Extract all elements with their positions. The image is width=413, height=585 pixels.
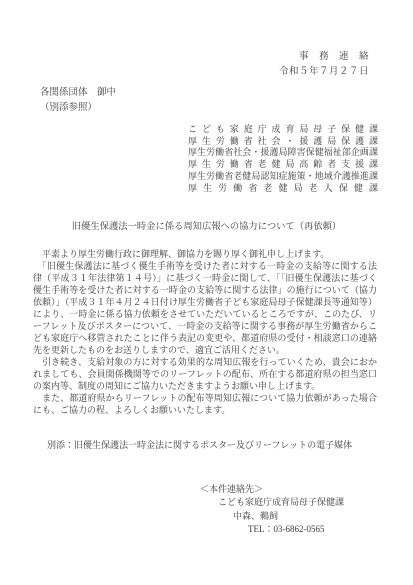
addressee-note: （別添参照）	[40, 101, 116, 116]
contact-heading: ＜本件連絡先＞	[200, 483, 344, 496]
document-body: 平素より厚生労働行政に御理解、御協力を賜り厚く御礼申し上げます。 「旧優生保護法…	[33, 248, 377, 416]
document-page: 事 務 連 絡 令和５年７月２７日 各関係団体 御中 （別添参照） こども家庭庁…	[0, 0, 413, 585]
sender-org: 厚生労働省社会・援護局保護課	[188, 136, 378, 148]
document-header: 事 務 連 絡 令和５年７月２７日	[279, 50, 369, 80]
doc-type-label: 事 務 連 絡	[279, 50, 369, 65]
body-paragraph: 「旧優生保護法に基づく優生手術等を受けた者に対する一時金の支給等に関する法律（平…	[33, 260, 377, 356]
body-paragraph: 引き続き、支給対象の方に対する効果的な周知広報を行っていくため、貴会におかれまし…	[33, 356, 377, 392]
sender-organizations: こども家庭庁成育局母子保健課 厚生労働省社会・援護局保護課 厚生労働省社会・援護…	[188, 124, 378, 194]
contact-block: ＜本件連絡先＞ こども家庭庁成育局母子保健課 中森、鵜飼 TEL：03-6862…	[200, 483, 344, 537]
contact-department: こども家庭庁成育局母子保健課	[200, 496, 344, 509]
body-paragraph: 平素より厚生労働行政に御理解、御協力を賜り厚く御礼申し上げます。	[33, 248, 377, 260]
body-paragraph: また、都道府県からリーフレットの配布等周知広報について協力依頼があった場合にも、…	[33, 392, 377, 416]
sender-org: 厚生労働省社会・援護局障害保健福祉部企画課	[188, 147, 378, 159]
addressee-name: 各関係団体 御中	[40, 86, 116, 101]
addressee-block: 各関係団体 御中 （別添参照）	[40, 86, 116, 116]
document-title: 旧優生保護法一時金に係る周知広報への協力について（再依頼）	[0, 221, 413, 233]
doc-date: 令和５年７月２７日	[279, 65, 369, 80]
attachment-note: 別添：旧優生保護法一時金法に関するポスター及びリーフレットの電子媒体	[47, 439, 352, 451]
sender-org: 厚生労働省老健局老人保健課	[188, 183, 378, 195]
sender-org: こども家庭庁成育局母子保健課	[188, 124, 378, 136]
sender-org: 厚生労働省老健局高齢者支援課	[188, 159, 378, 171]
contact-tel: TEL：03-6862-0565	[200, 523, 344, 536]
contact-persons: 中森、鵜飼	[200, 510, 344, 523]
sender-org: 厚生労働省老健局認知症施策・地域介護推進課	[188, 171, 378, 183]
